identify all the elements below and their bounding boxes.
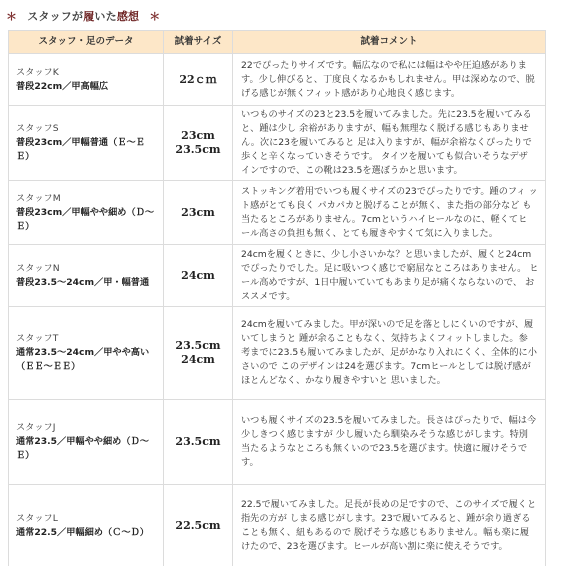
comment-cell: いつも履くサイズの23.5を履いてみました。長さはぴったりで、幅は今 少しきつく…: [233, 400, 546, 485]
size-cell: 23.5cm 24cm: [164, 307, 233, 400]
staff-name: スタッフN: [16, 262, 157, 276]
comment-cell: いつものサイズの23と23.5を履いてみました。先に23.5を履いてみる と、踵…: [233, 106, 546, 181]
staff-name: スタッフL: [16, 512, 157, 526]
header-fit-size: 試着サイズ: [164, 31, 233, 54]
size-cell: 22ｃｍ: [164, 54, 233, 106]
staff-name: スタッフM: [16, 192, 157, 206]
staff-name: スタッフJ: [16, 421, 157, 435]
header-fit-comment: 試着コメント: [233, 31, 546, 54]
size-value: 22.5cm: [165, 519, 231, 533]
staff-name: スタッフS: [16, 122, 157, 136]
size-value: 23.5cm: [165, 143, 231, 157]
title-text-4: 感想: [117, 10, 139, 23]
foot-data: 普段23cm／甲幅やや細め（Ｄ～Ｅ）: [16, 206, 157, 234]
size-cell: 24cm: [164, 245, 233, 307]
staff-cell: スタッフK 普段22cm／甲高幅広: [9, 54, 164, 106]
table-row: スタッフJ 通常23.5／甲幅やや細め（Ｄ～Ｅ） 23.5cm いつも履くサイズ…: [9, 400, 546, 485]
section-title: ＊スタッフが履いた感想＊: [6, 8, 160, 24]
size-value: 23cm: [165, 129, 231, 143]
size-value: 23.5cm: [165, 435, 231, 449]
staff-cell: スタッフM 普段23cm／甲幅やや細め（Ｄ～Ｅ）: [9, 181, 164, 245]
size-value: 24cm: [165, 269, 231, 283]
staff-cell: スタッフT 通常23.5～24cm／甲やや高い（ＥＥ～ＥＥ）: [9, 307, 164, 400]
size-cell: 23cm 23.5cm: [164, 106, 233, 181]
title-text-1: スタッフが: [27, 10, 83, 23]
staff-name: スタッフT: [16, 332, 157, 346]
size-value: 22ｃｍ: [165, 73, 231, 87]
table-row: スタッフK 普段22cm／甲高幅広 22ｃｍ 22でぴったりサイズです。幅広なの…: [9, 54, 546, 106]
table-row: スタッフN 普段23.5～24cm／甲・幅普通 24cm 24cmを履くときに、…: [9, 245, 546, 307]
comment-cell: 22.5で履いてみました。足長が長めの足ですので、このサイズで履くと 指先の方が…: [233, 485, 546, 566]
comment-cell: 24cmを履くときに、少し小さいかな？と思いましたが、履くと24cm でぴったり…: [233, 245, 546, 307]
comment-cell: 24cmを履いてみました。甲が深いので足を落としにくいのですが、履 いてしまうと…: [233, 307, 546, 400]
asterisk-icon: ＊: [6, 10, 17, 23]
table-row: スタッフS 普段23cm／甲幅普通（Ｅ～ＥＥ） 23cm 23.5cm いつもの…: [9, 106, 546, 181]
fitting-review-table: スタッフ・足のデータ 試着サイズ 試着コメント スタッフK 普段22cm／甲高幅…: [8, 30, 546, 566]
size-value: 23cm: [165, 206, 231, 220]
staff-cell: スタッフN 普段23.5～24cm／甲・幅普通: [9, 245, 164, 307]
foot-data: 通常23.5～24cm／甲やや高い（ＥＥ～ＥＥ）: [16, 346, 157, 374]
size-cell: 22.5cm: [164, 485, 233, 566]
staff-cell: スタッフS 普段23cm／甲幅普通（Ｅ～ＥＥ）: [9, 106, 164, 181]
header-staff-data: スタッフ・足のデータ: [9, 31, 164, 54]
foot-data: 普段22cm／甲高幅広: [16, 80, 157, 94]
table-row: スタッフM 普段23cm／甲幅やや細め（Ｄ～Ｅ） 23cm ストッキング着用でい…: [9, 181, 546, 245]
comment-cell: 22でぴったりサイズです。幅広なので私には幅はやや圧迫感がありま す。少し伸びる…: [233, 54, 546, 106]
foot-data: 普段23.5～24cm／甲・幅普通: [16, 276, 157, 290]
foot-data: 普段23cm／甲幅普通（Ｅ～ＥＥ）: [16, 136, 157, 164]
foot-data: 通常22.5／甲幅細め（Ｃ～Ｄ）: [16, 526, 157, 540]
foot-data: 通常23.5／甲幅やや細め（Ｄ～Ｅ）: [16, 435, 157, 463]
staff-cell: スタッフL 通常22.5／甲幅細め（Ｃ～Ｄ）: [9, 485, 164, 566]
size-value: 24cm: [165, 353, 231, 367]
staff-cell: スタッフJ 通常23.5／甲幅やや細め（Ｄ～Ｅ）: [9, 400, 164, 485]
table-header-row: スタッフ・足のデータ 試着サイズ 試着コメント: [9, 31, 546, 54]
table-row: スタッフL 通常22.5／甲幅細め（Ｃ～Ｄ） 22.5cm 22.5で履いてみま…: [9, 485, 546, 566]
size-cell: 23.5cm: [164, 400, 233, 485]
size-cell: 23cm: [164, 181, 233, 245]
comment-cell: ストッキング着用でいつも履くサイズの23でぴったりです。踵のフィ ット感がとても…: [233, 181, 546, 245]
table-row: スタッフT 通常23.5～24cm／甲やや高い（ＥＥ～ＥＥ） 23.5cm 24…: [9, 307, 546, 400]
title-text-2: 履: [83, 10, 94, 23]
size-value: 23.5cm: [165, 339, 231, 353]
asterisk-icon: ＊: [149, 10, 160, 23]
title-text-3: いた: [94, 10, 116, 23]
staff-name: スタッフK: [16, 66, 157, 80]
